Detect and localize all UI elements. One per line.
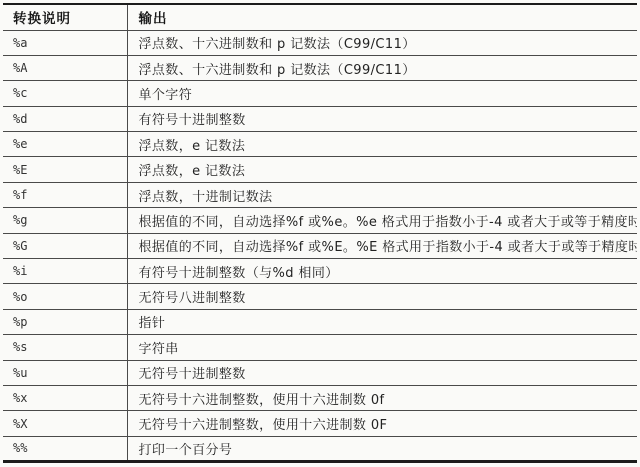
output-description-cell: 浮点数、十六进制数和 p 记数法（C99/C11） bbox=[127, 30, 637, 55]
conversion-spec-cell: %i bbox=[3, 259, 127, 284]
conversion-spec-cell: %G bbox=[3, 233, 127, 258]
output-description-cell: 无符号十六进制整数，使用十六进制数 0f bbox=[127, 385, 637, 410]
table-row: %g根据值的不同，自动选择%f 或%e。%e 格式用于指数小于-4 或者大于或等… bbox=[3, 208, 637, 233]
conversion-spec-cell: %o bbox=[3, 284, 127, 309]
output-description-cell: 根据值的不同，自动选择%f 或%e。%e 格式用于指数小于-4 或者大于或等于精… bbox=[127, 208, 637, 233]
conversion-spec-cell: %d bbox=[3, 106, 127, 131]
conversion-spec-cell: %A bbox=[3, 55, 127, 80]
conversion-spec-cell: %p bbox=[3, 309, 127, 334]
conversion-spec-cell: %c bbox=[3, 81, 127, 106]
table-row: %a浮点数、十六进制数和 p 记数法（C99/C11） bbox=[3, 30, 637, 55]
output-description-cell: 无符号十进制整数 bbox=[127, 360, 637, 385]
table-row: %s字符串 bbox=[3, 335, 637, 360]
output-description-cell: 指针 bbox=[127, 309, 637, 334]
conversion-spec-cell: %x bbox=[3, 385, 127, 410]
table-row: %E浮点数，e 记数法 bbox=[3, 157, 637, 182]
output-description-cell: 字符串 bbox=[127, 335, 637, 360]
table-row: %p指针 bbox=[3, 309, 637, 334]
conversion-spec-cell: %u bbox=[3, 360, 127, 385]
table-row: %o无符号八进制整数 bbox=[3, 284, 637, 309]
column-header-conversion-spec: 转换说明 bbox=[3, 4, 127, 30]
conversion-spec-cell: %% bbox=[3, 436, 127, 461]
conversion-spec-cell: %f bbox=[3, 182, 127, 207]
output-description-cell: 浮点数，e 记数法 bbox=[127, 132, 637, 157]
table-row: %d有符号十进制整数 bbox=[3, 106, 637, 131]
output-description-cell: 浮点数，e 记数法 bbox=[127, 157, 637, 182]
table-row: %u无符号十进制整数 bbox=[3, 360, 637, 385]
output-description-cell: 打印一个百分号 bbox=[127, 436, 637, 461]
output-description-cell: 浮点数，十进制记数法 bbox=[127, 182, 637, 207]
conversion-specifier-table: 转换说明 输出 %a浮点数、十六进制数和 p 记数法（C99/C11）%A浮点数… bbox=[3, 3, 637, 463]
table-row: %A浮点数、十六进制数和 p 记数法（C99/C11） bbox=[3, 55, 637, 80]
conversion-spec-cell: %s bbox=[3, 335, 127, 360]
output-description-cell: 单个字符 bbox=[127, 81, 637, 106]
table-row: %x无符号十六进制整数，使用十六进制数 0f bbox=[3, 385, 637, 410]
table-row: %f浮点数，十进制记数法 bbox=[3, 182, 637, 207]
conversion-spec-cell: %X bbox=[3, 411, 127, 436]
table-row: %X无符号十六进制整数，使用十六进制数 0F bbox=[3, 411, 637, 436]
header-row: 转换说明 输出 bbox=[3, 4, 637, 30]
table-row: %i有符号十进制整数（与%d 相同） bbox=[3, 259, 637, 284]
output-description-cell: 根据值的不同，自动选择%f 或%E。%E 格式用于指数小于-4 或者大于或等于精… bbox=[127, 233, 637, 258]
conversion-spec-cell: %E bbox=[3, 157, 127, 182]
output-description-cell: 有符号十进制整数（与%d 相同） bbox=[127, 259, 637, 284]
output-description-cell: 无符号八进制整数 bbox=[127, 284, 637, 309]
scanned-book-page: 转换说明 输出 %a浮点数、十六进制数和 p 记数法（C99/C11）%A浮点数… bbox=[0, 0, 640, 467]
table-row: %%打印一个百分号 bbox=[3, 436, 637, 461]
table-row: %c单个字符 bbox=[3, 81, 637, 106]
conversion-spec-cell: %a bbox=[3, 30, 127, 55]
conversion-spec-cell: %g bbox=[3, 208, 127, 233]
column-header-output: 输出 bbox=[127, 4, 637, 30]
table-row: %G根据值的不同，自动选择%f 或%E。%E 格式用于指数小于-4 或者大于或等… bbox=[3, 233, 637, 258]
table-row: %e浮点数，e 记数法 bbox=[3, 132, 637, 157]
table-body: %a浮点数、十六进制数和 p 记数法（C99/C11）%A浮点数、十六进制数和 … bbox=[3, 30, 637, 462]
output-description-cell: 浮点数、十六进制数和 p 记数法（C99/C11） bbox=[127, 55, 637, 80]
output-description-cell: 无符号十六进制整数，使用十六进制数 0F bbox=[127, 411, 637, 436]
output-description-cell: 有符号十进制整数 bbox=[127, 106, 637, 131]
conversion-spec-cell: %e bbox=[3, 132, 127, 157]
